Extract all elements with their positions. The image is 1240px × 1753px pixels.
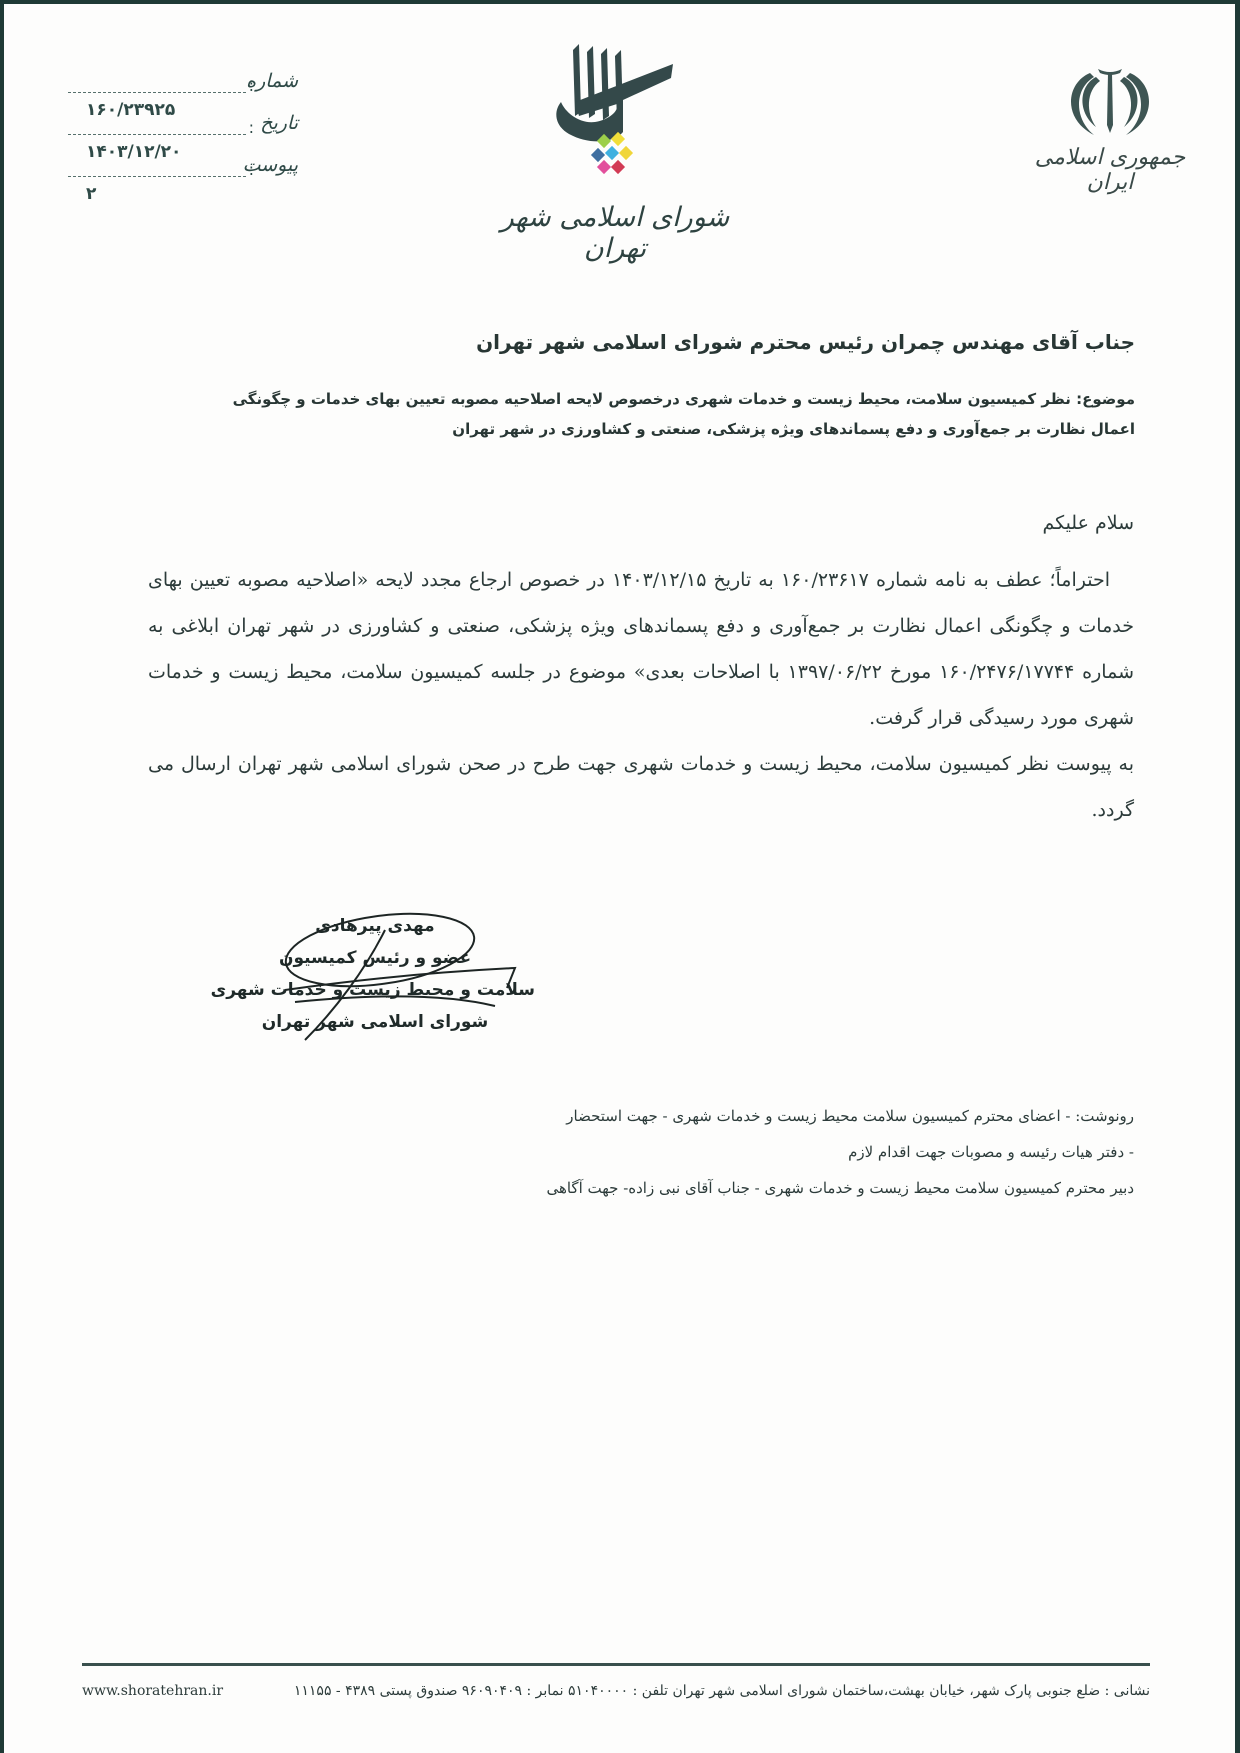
footer: نشانی : ضلع جنوبی پارک شهر، خیابان بهشت،… — [82, 1683, 1150, 1699]
scan-border-right — [1235, 0, 1240, 1753]
signatory-title-2: سلامت و محیط زیست و خدمات شهری — [215, 974, 535, 1006]
dashed-line — [68, 134, 246, 135]
scan-border-left — [0, 0, 4, 1753]
council-name: شورای اسلامی شهر تهران — [495, 202, 735, 264]
footer-address: نشانی : ضلع جنوبی پارک شهر، خیابان بهشت،… — [294, 1683, 1150, 1699]
subject: موضوع: نظر کمیسیون سلامت، محیط زیست و خد… — [200, 384, 1135, 444]
cc-line-3: دبیر محترم کمیسیون سلامت محیط زیست و خدم… — [546, 1170, 1134, 1206]
greeting: سلام علیکم — [1042, 512, 1134, 534]
paragraph-1: احتراماً؛ عطف به نامه شماره ۱۶۰/۲۳۶۱۷ به… — [148, 557, 1134, 741]
iran-emblem-icon — [1010, 55, 1210, 145]
council-logo: شورای اسلامی شهر تهران — [495, 42, 735, 242]
signatory-title-1: عضو و رئیس کمیسیون — [215, 942, 535, 974]
dashed-line — [68, 176, 246, 177]
colon: : — [249, 118, 254, 137]
iran-emblem: جمهوری اسلامی ایران — [1010, 55, 1210, 185]
paragraph-2: به پیوست نظر کمیسیون سلامت، محیط زیست و … — [148, 741, 1134, 833]
letter-meta: شماره : ۱۶۰/۲۳۹۲۵ تاریخ : ۱۴۰۳/۱۲/۲۰ پیو… — [68, 70, 298, 238]
date-label: تاریخ — [260, 112, 298, 134]
cc-line-1: رونوشت: - اعضای محترم کمیسیون سلامت محیط… — [546, 1098, 1134, 1134]
date-value: ۱۴۰۳/۱۲/۲۰ — [86, 142, 181, 162]
cc-line-2: - دفتر هیات رئیسه و مصوبات جهت اقدام لاز… — [546, 1134, 1134, 1170]
footer-divider — [82, 1663, 1150, 1666]
meta-attachment-row: ۱۴۰۳/۱۲/۲۰ پیوست : — [68, 154, 298, 196]
colon: : — [249, 160, 254, 179]
number-value: ۱۶۰/۲۳۹۲۵ — [86, 100, 175, 120]
footer-website-link[interactable]: www.shoratehran.ir — [82, 1683, 223, 1699]
dashed-line — [68, 92, 246, 93]
colon: : — [249, 76, 254, 95]
addressee: جناب آقای مهندس چمران رئیس محترم شورای ا… — [476, 330, 1135, 354]
signatory-name: مهدی پیرهادی — [215, 910, 535, 942]
scan-border-top — [0, 0, 1240, 4]
attachment-value: ۲ — [86, 184, 96, 204]
letter-body: احتراماً؛ عطف به نامه شماره ۱۶۰/۲۳۶۱۷ به… — [148, 557, 1134, 833]
emblem-name: جمهوری اسلامی ایران — [1010, 145, 1210, 195]
signature-block: مهدی پیرهادی عضو و رئیس کمیسیون سلامت و … — [215, 910, 535, 1060]
carbon-copy-list: رونوشت: - اعضای محترم کمیسیون سلامت محیط… — [546, 1098, 1134, 1206]
tehran-council-logo-icon — [495, 42, 735, 202]
signatory-title-3: شورای اسلامی شهر تهران — [215, 1006, 535, 1038]
meta-attachment-value-row: ۲ — [68, 196, 298, 238]
